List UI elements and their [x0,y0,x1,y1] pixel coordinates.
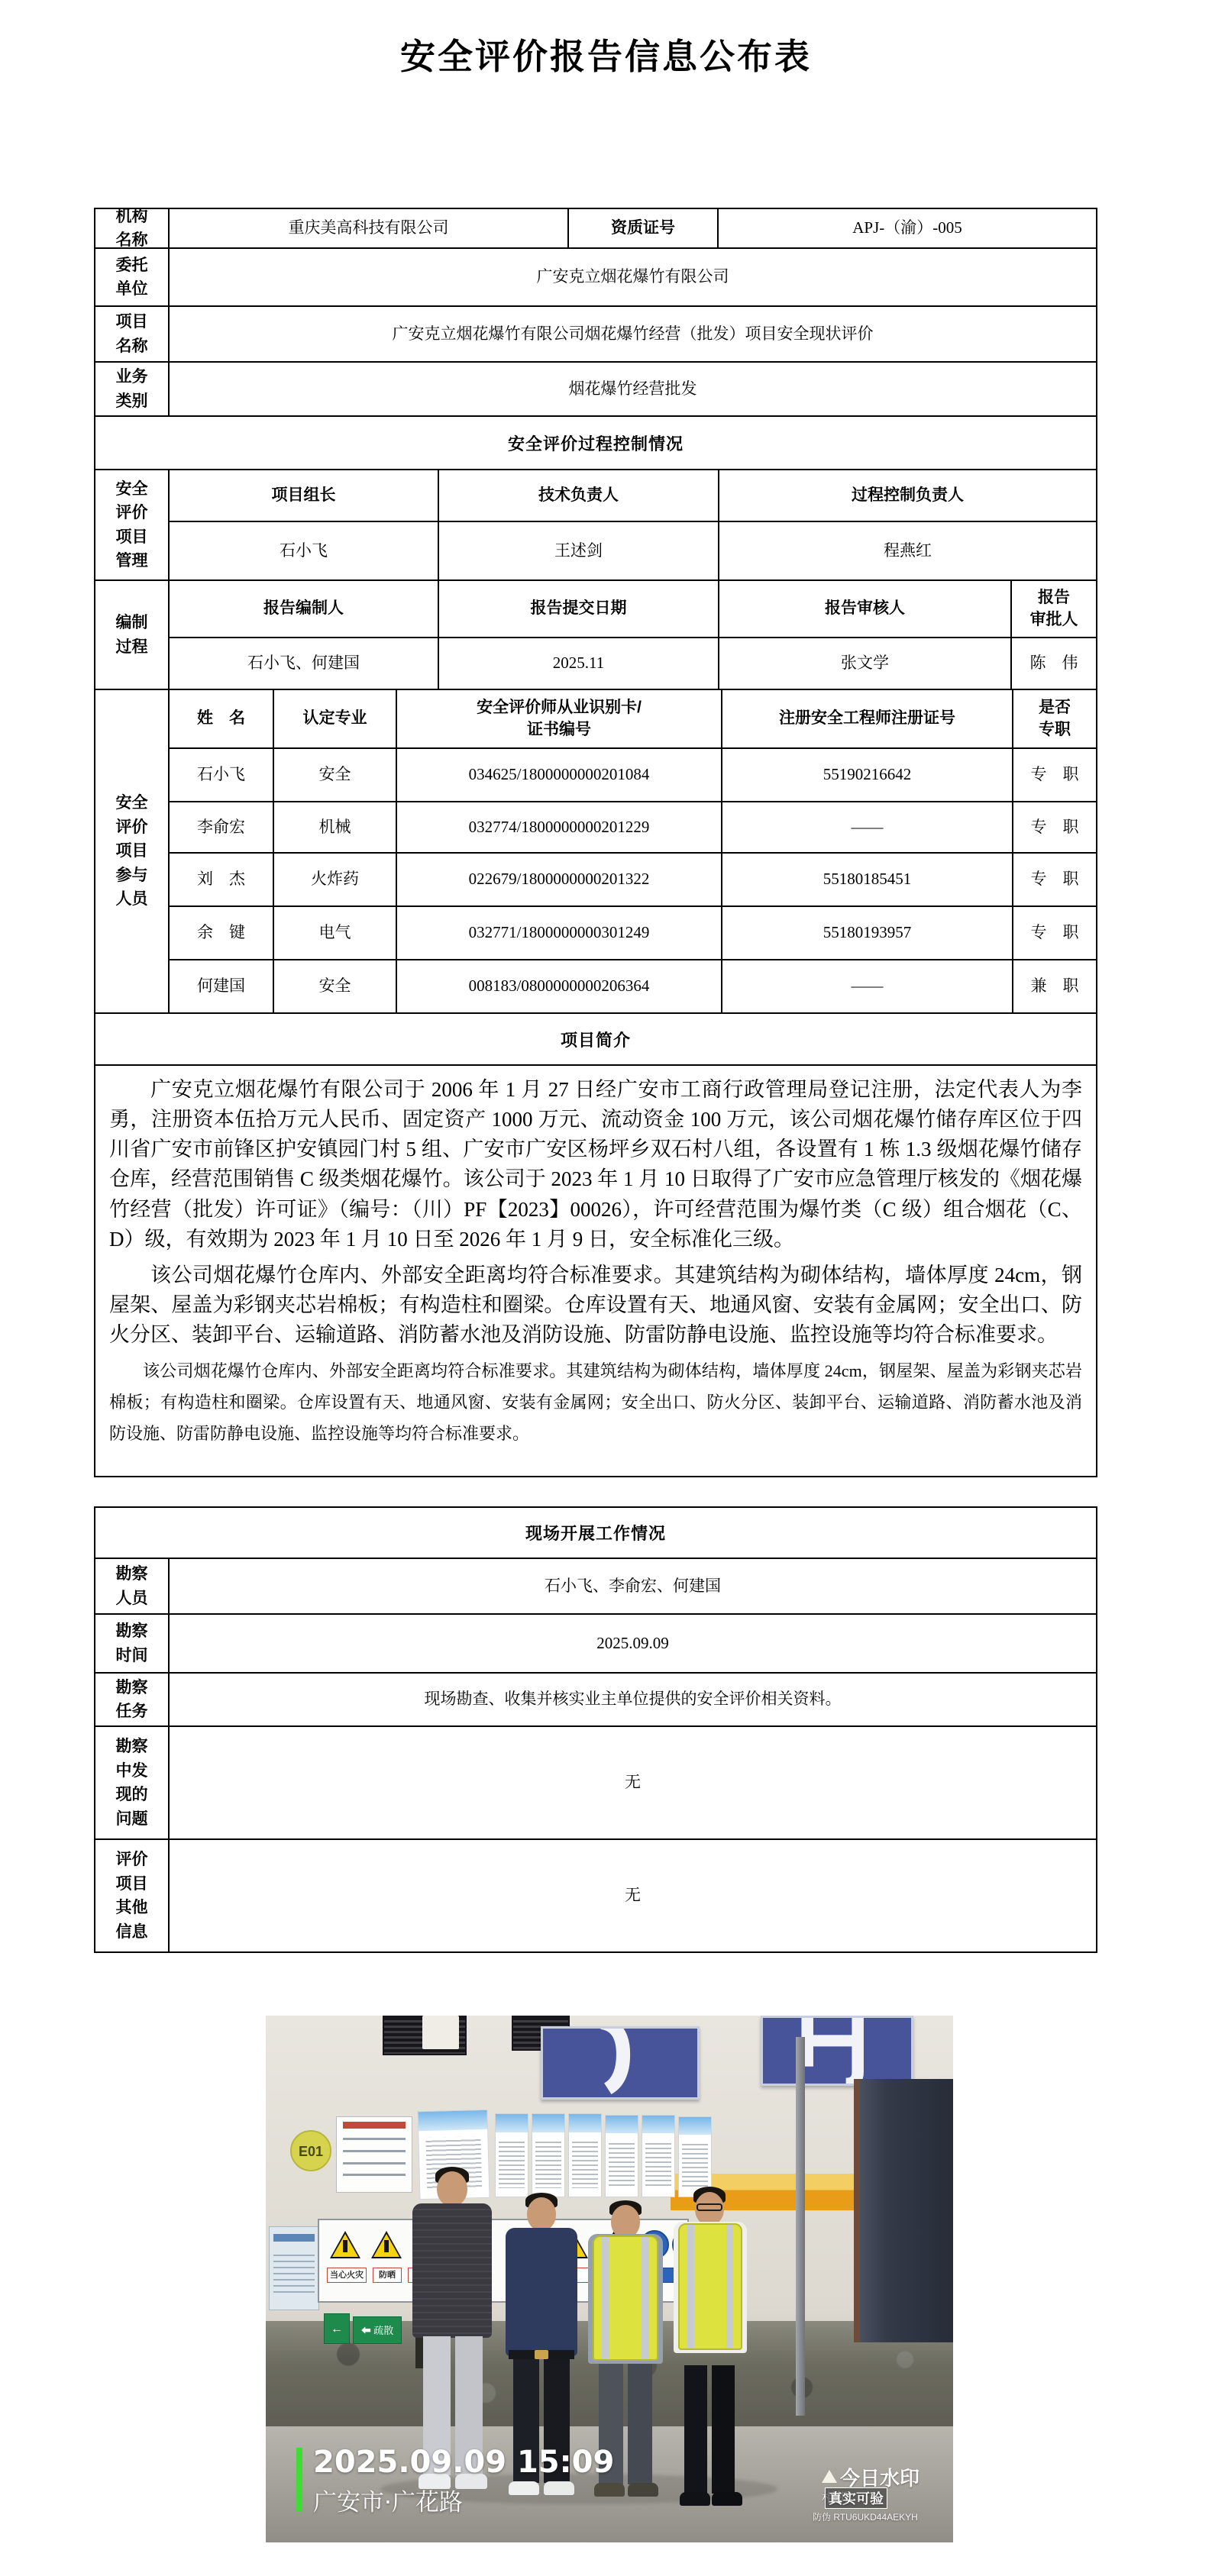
person-4-glasses [696,2203,722,2211]
warning-triangle-icon [330,2231,360,2258]
preparation-section: 编制过程 报告编制人 报告提交日期 报告审核人 报告 审批人 石小飞、何建国 2… [95,581,1096,689]
person-4-hivis-vest [678,2223,742,2350]
person-2-head [527,2197,556,2231]
participant-name: 石小飞 [170,749,273,801]
management-label: 安全评价项目管理 [95,470,168,579]
person-1-head [437,2171,467,2206]
site-rows: 勘察人员 石小飞、李俞宏、何建国 勘察时间 2025.09.09 勘察任务 现场… [95,1559,1096,1951]
person-3-shoe [594,2483,625,2497]
participants-label: 安全评价项目参与人员 [95,690,168,1012]
project-intro-body: 广安克立烟花爆竹有限公司于 2006 年 1 月 27 日经广安市工商行政管理局… [95,1066,1096,1476]
site-work-table: 现场开展工作情况 勘察人员 石小飞、李俞宏、何建国 勘察时间 2025.09.0… [94,1506,1097,1953]
participant-card-no: 034625/1800000000201084 [397,749,721,801]
participant-name: 刘 杰 [170,854,273,905]
person-3-shoe [628,2483,658,2497]
person-3-leg [628,2364,652,2484]
notice-line [343,2162,406,2164]
poster [605,2115,638,2197]
other-info-label: 评价项目其他信息 [95,1840,168,1951]
name-header: 姓 名 [170,690,273,747]
person-2-belt-buckle [535,2350,548,2359]
poster [568,2113,602,2197]
business-type-label: 业务类别 [95,363,168,415]
preparation-label: 编制过程 [95,581,168,689]
cert-no-label: 资质证号 [569,209,717,247]
site-section-header: 现场开展工作情况 [95,1508,1096,1558]
timestamp-bar [296,2448,302,2512]
participant-fulltime: 专 职 [1013,907,1096,959]
exit-arrow-sign: ← [324,2313,350,2344]
survey-staff-value: 石小飞、李俞宏、何建国 [170,1559,1096,1613]
door-jamb [854,2079,860,2342]
warning-label: 当心火灾 [327,2268,367,2283]
participant-cert-no: —— [722,802,1012,852]
team-leader-header: 项目组长 [170,470,438,521]
report-approver-header: 报告 审批人 [1012,581,1096,637]
notice-line [343,2174,406,2176]
team-leader-value: 石小飞 [170,522,438,579]
participant-card-no: 032774/1800000000201229 [397,802,721,852]
cert-no-value: APJ-（渝）-005 [719,209,1096,247]
participant-name: 李俞宏 [170,802,273,852]
document-page: 安全评价报告信息公布表 机构名称 重庆美高科技有限公司 资质证号 APJ-（渝）… [0,0,1212,2576]
report-approver-value: 陈 伟 [1012,638,1096,689]
watermark-badge: 真实可验 [825,2487,887,2509]
white-cloth [422,2016,459,2049]
notice-board-title [343,2122,406,2129]
photo-location: 广安市·广花路 [313,2483,463,2517]
client-label: 委托单位 [95,249,168,305]
poster [678,2116,712,2197]
process-section-header: 安全评价过程控制情况 [95,417,1096,469]
participant-cert-no: 55180185451 [722,854,1012,905]
poster [495,2113,528,2197]
blue-signboard [541,2026,700,2100]
other-info-value: 无 [170,1840,1096,1951]
intro-paragraph-2: 该公司烟花爆竹仓库内、外部安全距离均符合标准要求。其建筑结构为砌体结构，墙体厚度… [109,1261,1082,1350]
site-photo: E01 当心火灾 防晒 防静电 [266,2016,953,2542]
poster [532,2113,565,2197]
intro-paragraph-3: 该公司烟花爆竹仓库内、外部安全距离均符合标准要求。其建筑结构为砌体结构，墙体厚度… [109,1356,1082,1449]
photo-timestamp: 2025.09.09 15:09 [313,2445,614,2480]
participant-fulltime: 专 职 [1013,854,1096,905]
participant-fulltime: 兼 职 [1013,960,1096,1012]
project-name-value: 广安克立烟花爆竹有限公司烟花爆竹经营（批发）项目安全现状评价 [170,307,1096,361]
participant-name: 何建国 [170,960,273,1012]
participant-card-no: 032771/1800000000301249 [397,907,721,959]
participants-section: 安全评价项目参与人员 姓 名 认定专业 安全评价师从业识别卡/ 证书编号 注册安… [95,690,1096,1012]
site-section-title: 现场开展工作情况 [95,1508,1096,1558]
participant-specialty: 安全 [274,960,396,1012]
dark-doorway [858,2079,953,2342]
main-info-table: 机构名称 重庆美高科技有限公司 资质证号 APJ-（渝）-005 委托单位 广安… [94,208,1097,1477]
e01-sign: E01 [290,2130,331,2171]
person-4-leg [684,2365,707,2494]
participant-cert-no: —— [722,960,1012,1012]
specialty-header: 认定专业 [274,690,396,747]
org-name-value: 重庆美高科技有限公司 [170,209,567,247]
person-4-shoe [712,2492,742,2506]
survey-task-label: 勘察任务 [95,1674,168,1725]
gray-pole [796,2037,805,2416]
participant-fulltime: 专 职 [1013,749,1096,801]
survey-problems-label: 勘察中发现的问题 [95,1727,168,1838]
participant-specialty: 电气 [274,907,396,959]
notice-line [343,2138,406,2140]
process-section-title: 安全评价过程控制情况 [95,417,1096,469]
report-author-value: 石小飞、何建国 [170,638,438,689]
basic-info-section: 机构名称 重庆美高科技有限公司 资质证号 APJ-（渝）-005 委托单位 广安… [95,209,1096,415]
participant-fulltime: 专 职 [1013,802,1096,852]
process-control-value: 程燕红 [719,522,1096,579]
participant-specialty: 安全 [274,749,396,801]
report-reviewer-header: 报告审核人 [719,581,1010,637]
survey-staff-label: 勘察人员 [95,1559,168,1613]
exit-route-sign: ⬅ 疏散 [353,2316,402,2344]
participant-cert-no: 55190216642 [722,749,1012,801]
project-intro-title: 项目简介 [95,1014,1096,1064]
report-date-header: 报告提交日期 [439,581,718,637]
management-section: 安全评价项目管理 项目组长 技术负责人 过程控制负责人 石小飞 王述剑 程燕红 [95,470,1096,579]
info-board [269,2226,319,2310]
person-1-shirt [412,2203,492,2338]
person-3-hivis-vest [593,2235,658,2361]
project-name-label: 项目名称 [95,307,168,361]
participant-name: 余 键 [170,907,273,959]
notice-board [336,2116,412,2193]
assessor-card-header: 安全评价师从业识别卡/ 证书编号 [397,690,721,747]
person-2-shoe [544,2481,574,2495]
watermark-title: 今日水印 [822,2463,840,2487]
warning-triangle-icon [371,2231,402,2258]
business-type-value: 烟花爆竹经营批发 [170,363,1096,415]
org-name-label: 机构名称 [95,209,168,247]
participant-specialty: 火炸药 [274,854,396,905]
survey-problems-value: 无 [170,1727,1096,1838]
tech-lead-header: 技术负责人 [439,470,718,521]
watermark-code: 防伪 RTU6UKD44AEKYH [813,2510,918,2523]
person-2-shirt [506,2228,577,2356]
participant-cert-no: 55180193957 [722,907,1012,959]
survey-time-value: 2025.09.09 [170,1615,1096,1672]
process-control-header: 过程控制负责人 [719,470,1096,521]
warning-label: 防晒 [373,2268,402,2283]
survey-task-value: 现场勘查、收集并核实业主单位提供的安全评价相关资料。 [170,1674,1096,1725]
project-intro-section: 项目简介 广安克立烟花爆竹有限公司于 2006 年 1 月 27 日经广安市工商… [95,1014,1096,1476]
notice-line [343,2150,406,2152]
person-4-leg [712,2365,735,2494]
report-reviewer-value: 张文学 [719,638,1010,689]
person-4-shoe [680,2492,710,2506]
person-2-shoe [509,2481,539,2495]
poster [642,2115,675,2197]
blue-signboard [761,2016,913,2086]
report-date-value: 2025.11 [439,638,718,689]
participant-card-no: 008183/0800000000206364 [397,960,721,1012]
engineer-cert-header: 注册安全工程师注册证号 [722,690,1012,747]
fulltime-header: 是否 专职 [1013,690,1096,747]
intro-paragraph-1: 广安克立烟花爆竹有限公司于 2006 年 1 月 27 日经广安市工商行政管理局… [109,1075,1082,1254]
page-title: 安全评价报告信息公布表 [0,29,1212,79]
report-author-header: 报告编制人 [170,581,438,637]
participant-specialty: 机械 [274,802,396,852]
survey-time-label: 勘察时间 [95,1615,168,1672]
participant-card-no: 022679/1800000000201322 [397,854,721,905]
watermark-logo-icon [822,2470,837,2483]
client-value: 广安克立烟花爆竹有限公司 [170,249,1096,305]
tech-lead-value: 王述剑 [439,522,718,579]
